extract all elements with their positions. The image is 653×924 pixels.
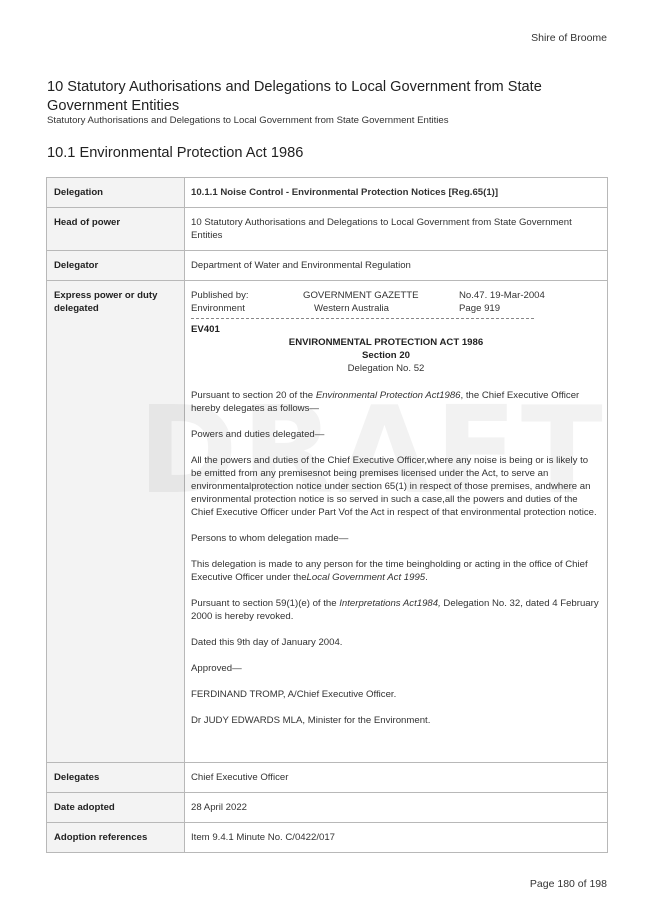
gazette-page: Page 919 xyxy=(459,302,599,315)
section-heading: Section 20 xyxy=(191,349,581,362)
act-name: Interpretations Act1984, xyxy=(339,598,441,609)
paragraph-pursuant: Pursuant to section 20 of the Environmen… xyxy=(191,389,599,415)
gazette-extract: Published by: GOVERNMENT GAZETTE No.47. … xyxy=(191,289,599,754)
delegates-value: Chief Executive Officer xyxy=(185,763,608,793)
table-row-head-of-power: Head of power 10 Statutory Authorisation… xyxy=(47,208,608,251)
adoption-references-value: Item 9.4.1 Minute No. C/0422/017 xyxy=(185,823,608,853)
dashed-divider xyxy=(191,318,534,319)
text: Pursuant to section 20 of the xyxy=(191,390,316,401)
act-name: Environmental Protection Act1986 xyxy=(316,390,461,401)
delegation-table: Delegation 10.1.1 Noise Control - Enviro… xyxy=(46,177,608,853)
gazette-number: No.47. 19-Mar-2004 xyxy=(459,289,599,302)
published-by-value: Environment xyxy=(191,302,303,315)
table-row-date-adopted: Date adopted 28 April 2022 xyxy=(47,793,608,823)
act-heading: ENVIRONMENTAL PROTECTION ACT 1986 xyxy=(191,336,581,349)
express-power-value: Published by: GOVERNMENT GAZETTE No.47. … xyxy=(185,281,608,763)
row-label: Head of power xyxy=(47,208,185,251)
gazette-state: Western Australia xyxy=(303,302,459,315)
paragraph-powers-heading: Powers and duties delegated— xyxy=(191,428,599,441)
page-indicator: Page 180 of 198 xyxy=(530,878,607,890)
paragraph-approved: Approved— xyxy=(191,662,599,675)
row-label: Delegation xyxy=(47,178,185,208)
section-title: 10.1 Environmental Protection Act 1986 xyxy=(47,145,303,161)
head-of-power-value: 10 Statutory Authorisations and Delegati… xyxy=(185,208,608,251)
row-label: Express power or duty delegated xyxy=(47,281,185,763)
row-label: Delegator xyxy=(47,251,185,281)
paragraph-persons: This delegation is made to any person fo… xyxy=(191,558,599,584)
paragraph-powers: All the powers and duties of the Chief E… xyxy=(191,454,599,519)
delegation-number: Delegation No. 52 xyxy=(191,362,581,375)
gazette-header: Published by: GOVERNMENT GAZETTE No.47. … xyxy=(191,289,599,315)
text: Pursuant to section 59(1)(e) of the xyxy=(191,598,339,609)
text: . xyxy=(425,572,428,583)
paragraph-dated: Dated this 9th day of January 2004. xyxy=(191,636,599,649)
delegation-code: EV401 xyxy=(191,323,599,336)
page-subtitle: Statutory Authorisations and Delegations… xyxy=(47,115,449,126)
signatory-ceo: FERDINAND TROMP, A/Chief Executive Offic… xyxy=(191,688,599,701)
delegation-name: 10.1.1 Noise Control - Environmental Pro… xyxy=(185,178,608,208)
date-adopted-value: 28 April 2022 xyxy=(185,793,608,823)
organisation-header: Shire of Broome xyxy=(531,32,607,44)
row-label: Date adopted xyxy=(47,793,185,823)
row-label: Adoption references xyxy=(47,823,185,853)
table-row-delegates: Delegates Chief Executive Officer xyxy=(47,763,608,793)
paragraph-revocation: Pursuant to section 59(1)(e) of the Inte… xyxy=(191,597,599,623)
gazette-title: GOVERNMENT GAZETTE xyxy=(303,289,459,302)
published-by-label: Published by: xyxy=(191,289,303,302)
paragraph-persons-heading: Persons to whom delegation made— xyxy=(191,532,599,545)
page-title: 10 Statutory Authorisations and Delegati… xyxy=(47,78,607,116)
table-row-adoption-references: Adoption references Item 9.4.1 Minute No… xyxy=(47,823,608,853)
signatory-minister: Dr JUDY EDWARDS MLA, Minister for the En… xyxy=(191,714,599,727)
spacer xyxy=(191,727,599,754)
row-label: Delegates xyxy=(47,763,185,793)
delegator-value: Department of Water and Environmental Re… xyxy=(185,251,608,281)
table-row-delegator: Delegator Department of Water and Enviro… xyxy=(47,251,608,281)
table-row-delegation: Delegation 10.1.1 Noise Control - Enviro… xyxy=(47,178,608,208)
act-name: Local Government Act 1995 xyxy=(307,572,426,583)
table-row-express-power: Express power or duty delegated Publishe… xyxy=(47,281,608,763)
